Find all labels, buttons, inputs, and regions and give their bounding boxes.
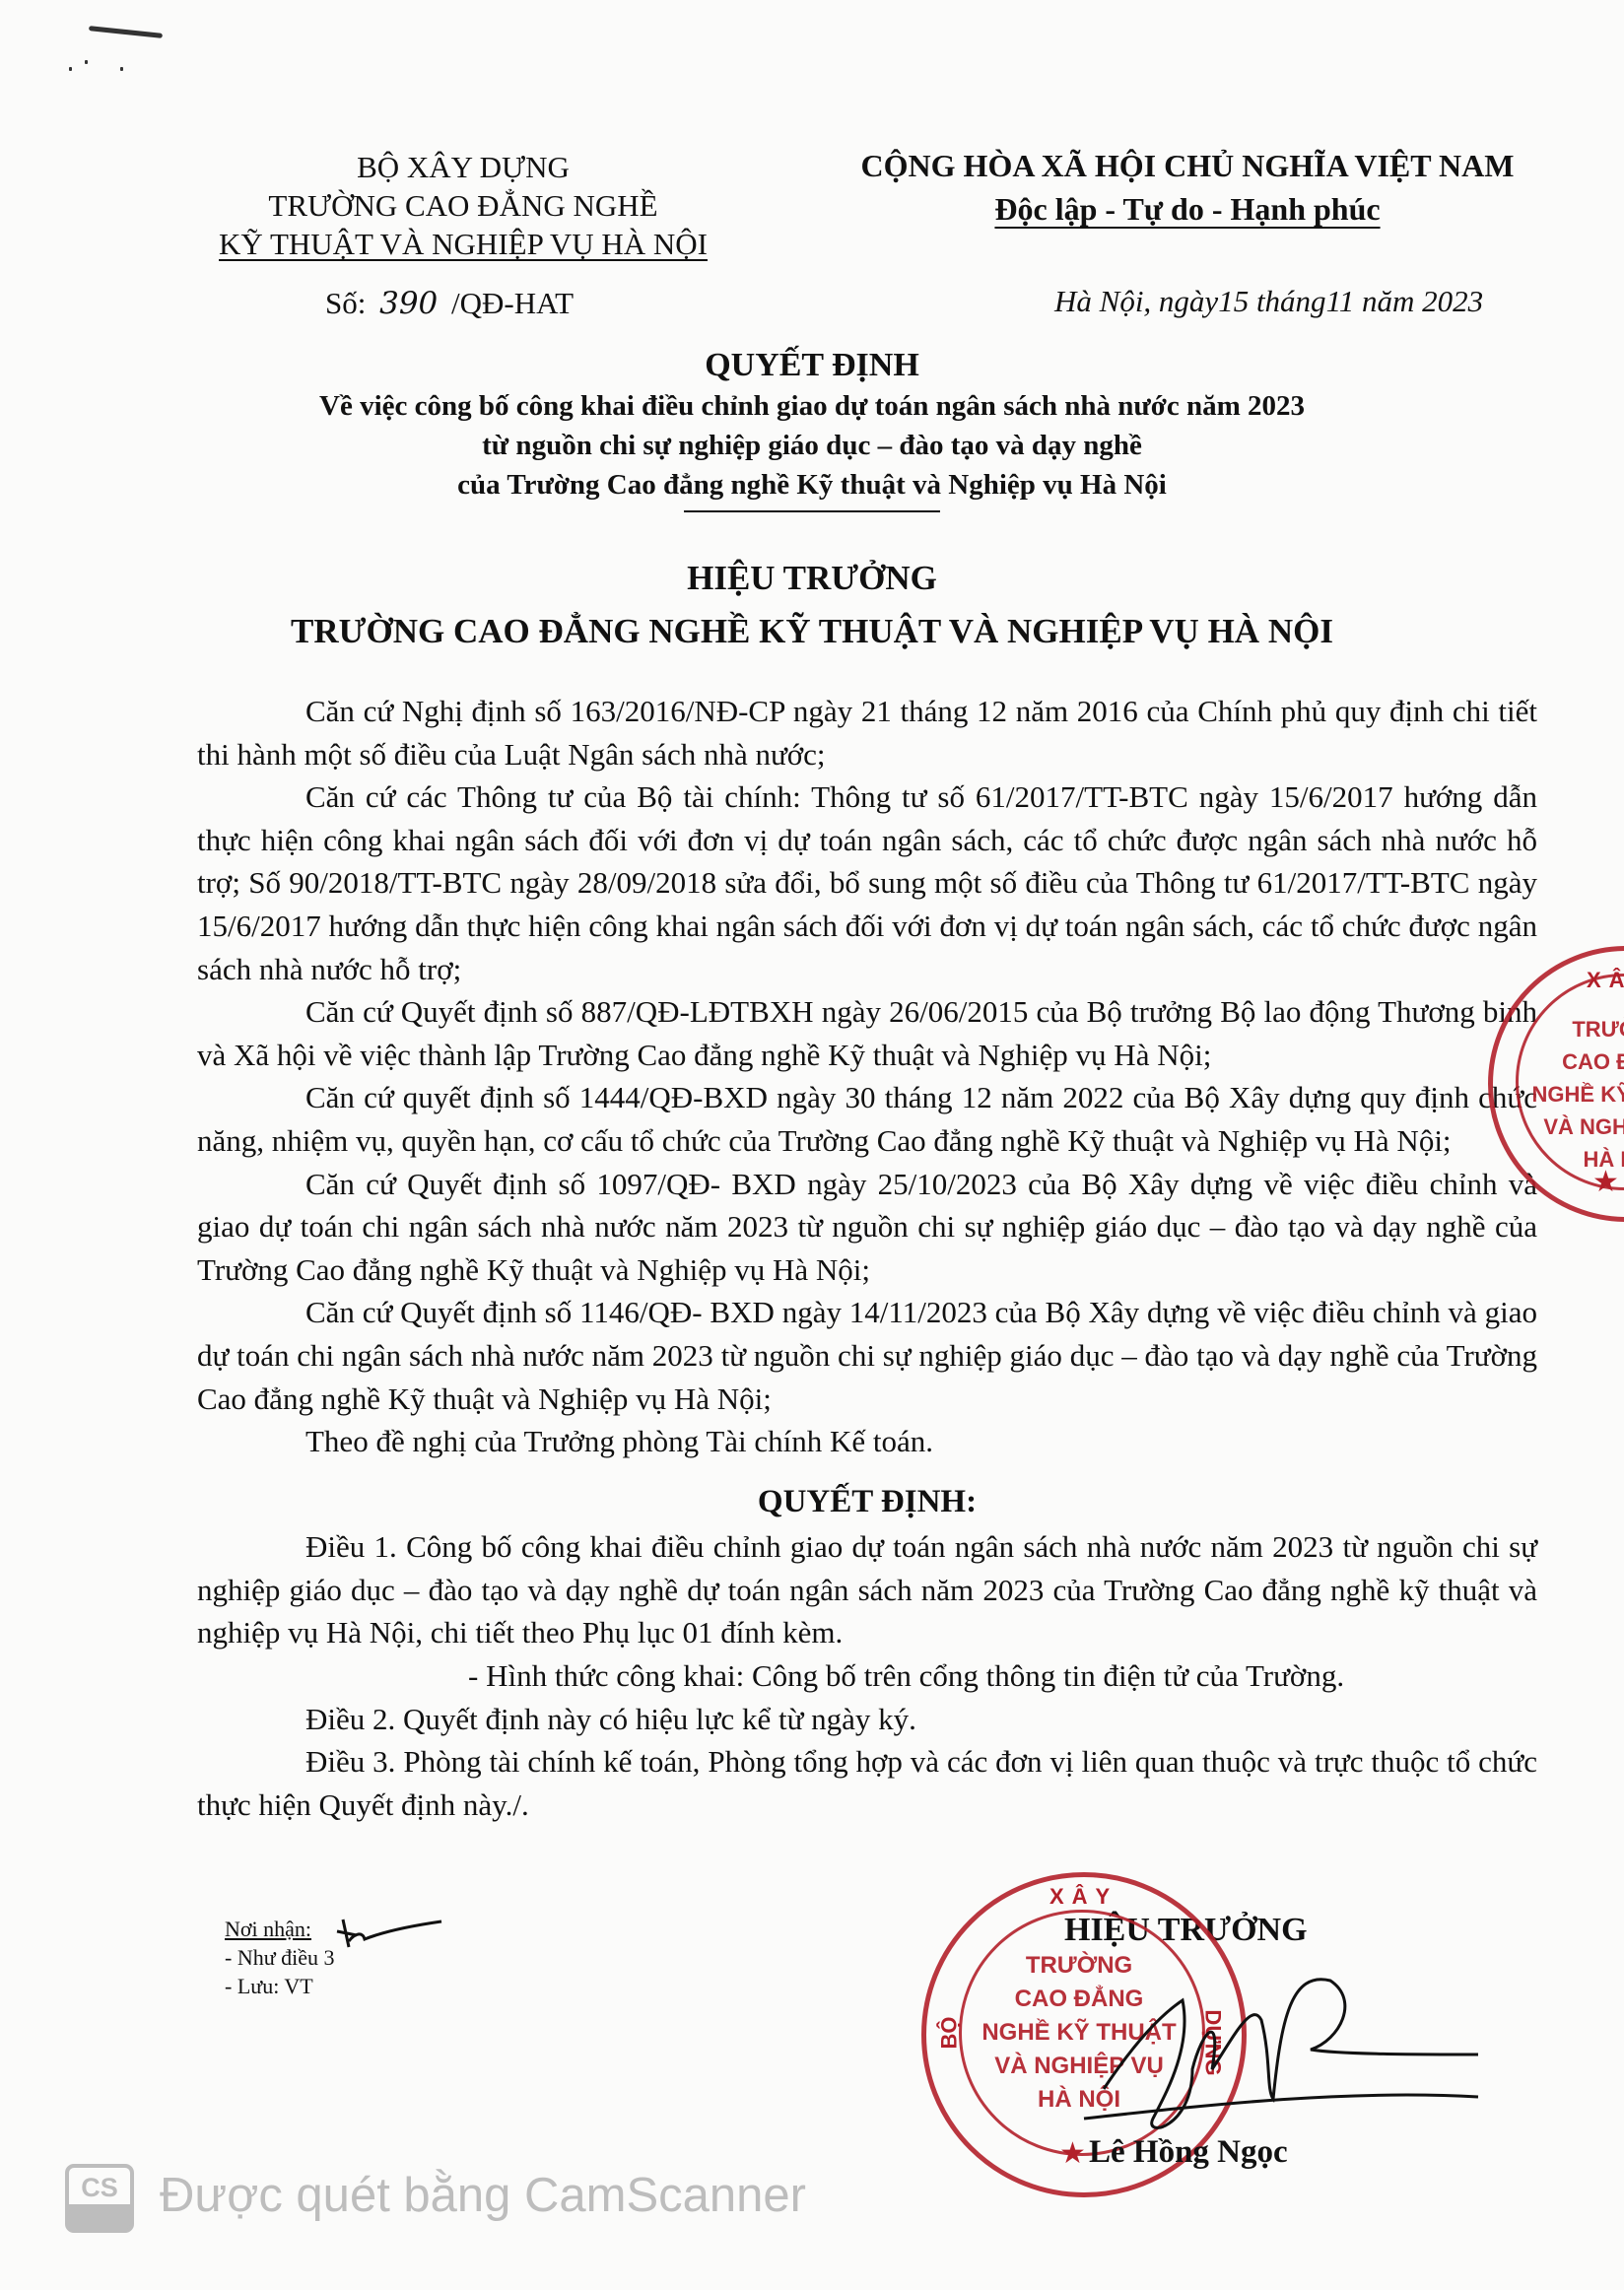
stamp-star-icon: ★ (1059, 2136, 1086, 2171)
country-name: CỘNG HÒA XÃ HỘI CHỦ NGHĨA VIỆT NAM (778, 144, 1596, 187)
stamp-top-arc: XÂY (1587, 968, 1624, 993)
divider (684, 510, 940, 512)
recipient-item: - Lưu: VT (225, 1972, 335, 2000)
recipient-item: - Như điều 3 (225, 1943, 335, 1972)
national-motto: Độc lập - Tự do - Hạnh phúc (778, 187, 1596, 231)
school-name-line1: TRƯỜNG CAO ĐẲNG NGHỀ (158, 186, 769, 225)
stamp-top-arc: XÂY (1049, 1884, 1117, 1910)
title-main: QUYẾT ĐỊNH (0, 345, 1624, 386)
preamble-item: Căn cứ quyết định số 1444/QĐ-BXD ngày 30… (197, 1076, 1537, 1162)
side-seal-stamp: XÂY TRƯỜNG CAO ĐẲNG NGHỀ KỸ THUẬT VÀ NGH… (1488, 936, 1624, 1232)
authority-title: HIỆU TRƯỞNG (0, 552, 1624, 605)
handwritten-day: 15 (1218, 284, 1249, 318)
authority-heading: HIỆU TRƯỞNG TRƯỜNG CAO ĐẲNG NGHỀ KỸ THUẬ… (0, 552, 1624, 658)
handwritten-number: 390 (379, 286, 438, 321)
recipients-label: Nơi nhận: (225, 1915, 335, 1943)
camscanner-logo-icon: CS (65, 2164, 134, 2233)
initial-mark-icon (335, 1912, 453, 1961)
national-header: CỘNG HÒA XÃ HỘI CHỦ NGHĨA VIỆT NAM Độc l… (778, 144, 1596, 231)
signature-icon (1045, 1941, 1488, 2138)
article-2: Điều 2. Quyết định này có hiệu lực kể từ… (197, 1698, 1537, 1741)
authority-school: TRƯỜNG CAO ĐẲNG NGHỀ KỸ THUẬT VÀ NGHIỆP … (0, 605, 1624, 658)
scan-mark (89, 26, 163, 38)
document-body: Căn cứ Nghị định số 163/2016/NĐ-CP ngày … (197, 690, 1537, 1826)
recipients: Nơi nhận: - Như điều 3 - Lưu: VT (225, 1915, 335, 2000)
stamp-left-arc: BỘ (937, 2017, 963, 2050)
document-date: Hà Nội, ngày15 tháng11 năm 2023 (1054, 284, 1483, 319)
scan-mark (85, 60, 88, 64)
decision-heading: QUYẾT ĐỊNH: (197, 1481, 1537, 1524)
subject-line: của Trường Cao đẳng nghề Kỹ thuật và Ngh… (0, 465, 1624, 505)
preamble-item: Căn cứ Quyết định số 1097/QĐ- BXD ngày 2… (197, 1163, 1537, 1292)
ministry-name: BỘ XÂY DỰNG (158, 148, 769, 186)
article-1: Điều 1. Công bố công khai điều chỉnh gia… (197, 1525, 1537, 1654)
article-1-disclosure-form: - Hình thức công khai: Công bố trên cổng… (197, 1654, 1537, 1698)
scan-mark (69, 67, 72, 71)
preamble-item: Theo đề nghị của Trưởng phòng Tài chính … (197, 1420, 1537, 1463)
preamble-item: Căn cứ Quyết định số 1146/QĐ- BXD ngày 1… (197, 1291, 1537, 1420)
decision-title: QUYẾT ĐỊNH Về việc công bố công khai điề… (0, 345, 1624, 512)
document-number: Số: 390 /QĐ-HAT (325, 286, 574, 321)
preamble-item: Căn cứ Nghị định số 163/2016/NĐ-CP ngày … (197, 690, 1537, 775)
preamble-item: Căn cứ các Thông tư của Bộ tài chính: Th… (197, 775, 1537, 990)
preamble-item: Căn cứ Quyết định số 887/QĐ-LĐTBXH ngày … (197, 990, 1537, 1076)
subject-line: từ nguồn chi sự nghiệp giáo dục – đào tạ… (0, 426, 1624, 465)
stamp-star-icon: ★ (1592, 1165, 1619, 1199)
scanner-watermark-text: Được quét bằng CamScanner (160, 2168, 806, 2223)
scan-mark (120, 67, 123, 71)
school-name-line2: KỸ THUẬT VÀ NGHIỆP VỤ HÀ NỘI (158, 225, 769, 263)
article-3: Điều 3. Phòng tài chính kế toán, Phòng t… (197, 1740, 1537, 1826)
stamp-center-text: TRƯỜNG CAO ĐẲNG NGHỀ KỸ THUẬT VÀ NGHIỆP … (1518, 1013, 1624, 1176)
signatory-name: Lê Hồng Ngọc (1089, 2134, 1288, 2171)
issuing-authority: BỘ XÂY DỰNG TRƯỜNG CAO ĐẲNG NGHỀ KỸ THUẬ… (158, 148, 769, 263)
subject-line: Về việc công bố công khai điều chỉnh gia… (0, 386, 1624, 426)
handwritten-month: 11 (1326, 284, 1355, 318)
